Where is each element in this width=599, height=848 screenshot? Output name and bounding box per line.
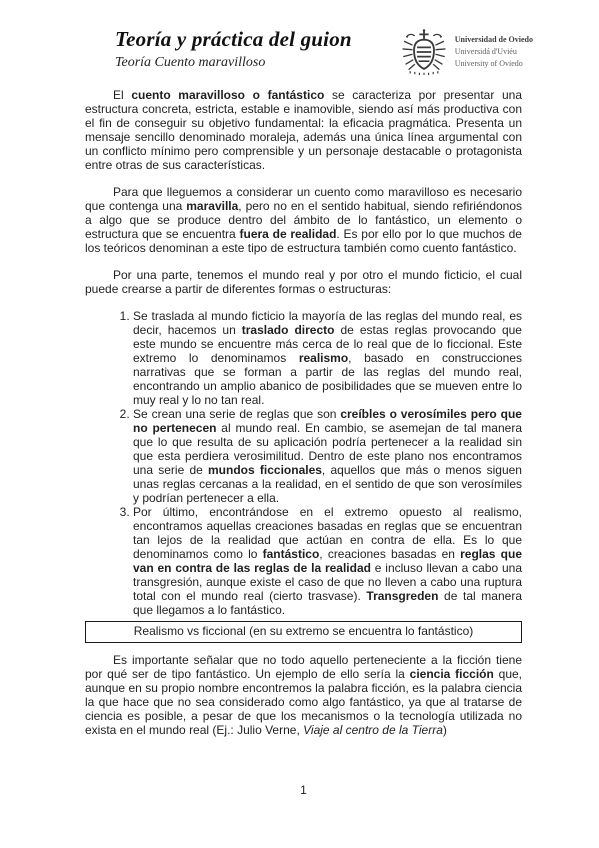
paragraph-closing: Es importante señalar que no todo aquell… <box>85 653 522 737</box>
paragraph-maravilla: Para que lleguemos a considerar un cuent… <box>85 185 522 255</box>
text-segment: maravilla <box>186 199 238 213</box>
text-segment: , creaciones basadas en <box>319 547 460 561</box>
text-segment: Por una parte, tenemos el mundo real y p… <box>85 268 522 296</box>
text-segment: fantástico <box>263 547 320 561</box>
text-segment: cuento maravilloso o fantástico <box>131 88 324 102</box>
text-segment: Se crean una serie de reglas que son <box>133 407 340 421</box>
text-segment: El <box>113 88 131 102</box>
text-segment: Viaje al centro de la Tierra <box>303 723 443 737</box>
document-subtitle: Teoría Cuento maravilloso <box>115 54 352 72</box>
callout-box: Realismo vs ficcional (en su extremo se … <box>85 621 522 643</box>
university-crest-icon <box>401 28 447 76</box>
paragraph-mundos: Por una parte, tenemos el mundo real y p… <box>85 268 522 296</box>
text-segment: mundos ficcionales <box>208 463 322 477</box>
text-segment: traslado directo <box>242 323 335 337</box>
text-segment: ) <box>443 723 447 737</box>
text-segment: realismo <box>299 351 348 365</box>
list-item: Por último, encontrándose en el extremo … <box>133 505 522 617</box>
document-body: El cuento maravilloso o fantástico se ca… <box>85 88 522 750</box>
document-page: Teoría y práctica del guion Teoría Cuent… <box>0 0 599 848</box>
title-block: Teoría y práctica del guion Teoría Cuent… <box>115 26 352 72</box>
text-segment: fuera de realidad <box>240 227 337 241</box>
logo-text-line: Universidá d'Uviéu <box>455 46 533 58</box>
numbered-list: Se traslada al mundo ficticio la mayoría… <box>85 309 522 617</box>
document-title: Teoría y práctica del guion <box>115 26 352 52</box>
document-header: Teoría y práctica del guion Teoría Cuent… <box>85 26 533 76</box>
text-segment: ciencia ficción <box>410 667 494 681</box>
text-segment: Transgreden <box>366 589 438 603</box>
logo-text-line: University of Oviedo <box>455 58 533 70</box>
list-item: Se crean una serie de reglas que son cre… <box>133 407 522 505</box>
page-number: 1 <box>85 783 522 797</box>
university-logo: Universidad de Oviedo Universidá d'Uviéu… <box>401 26 533 76</box>
list-item: Se traslada al mundo ficticio la mayoría… <box>133 309 522 407</box>
paragraph-intro: El cuento maravilloso o fantástico se ca… <box>85 88 522 172</box>
callout-box-text: Realismo vs ficcional (en su extremo se … <box>134 624 474 638</box>
university-logo-text: Universidad de Oviedo Universidá d'Uviéu… <box>455 34 533 70</box>
logo-text-line: Universidad de Oviedo <box>455 34 533 46</box>
